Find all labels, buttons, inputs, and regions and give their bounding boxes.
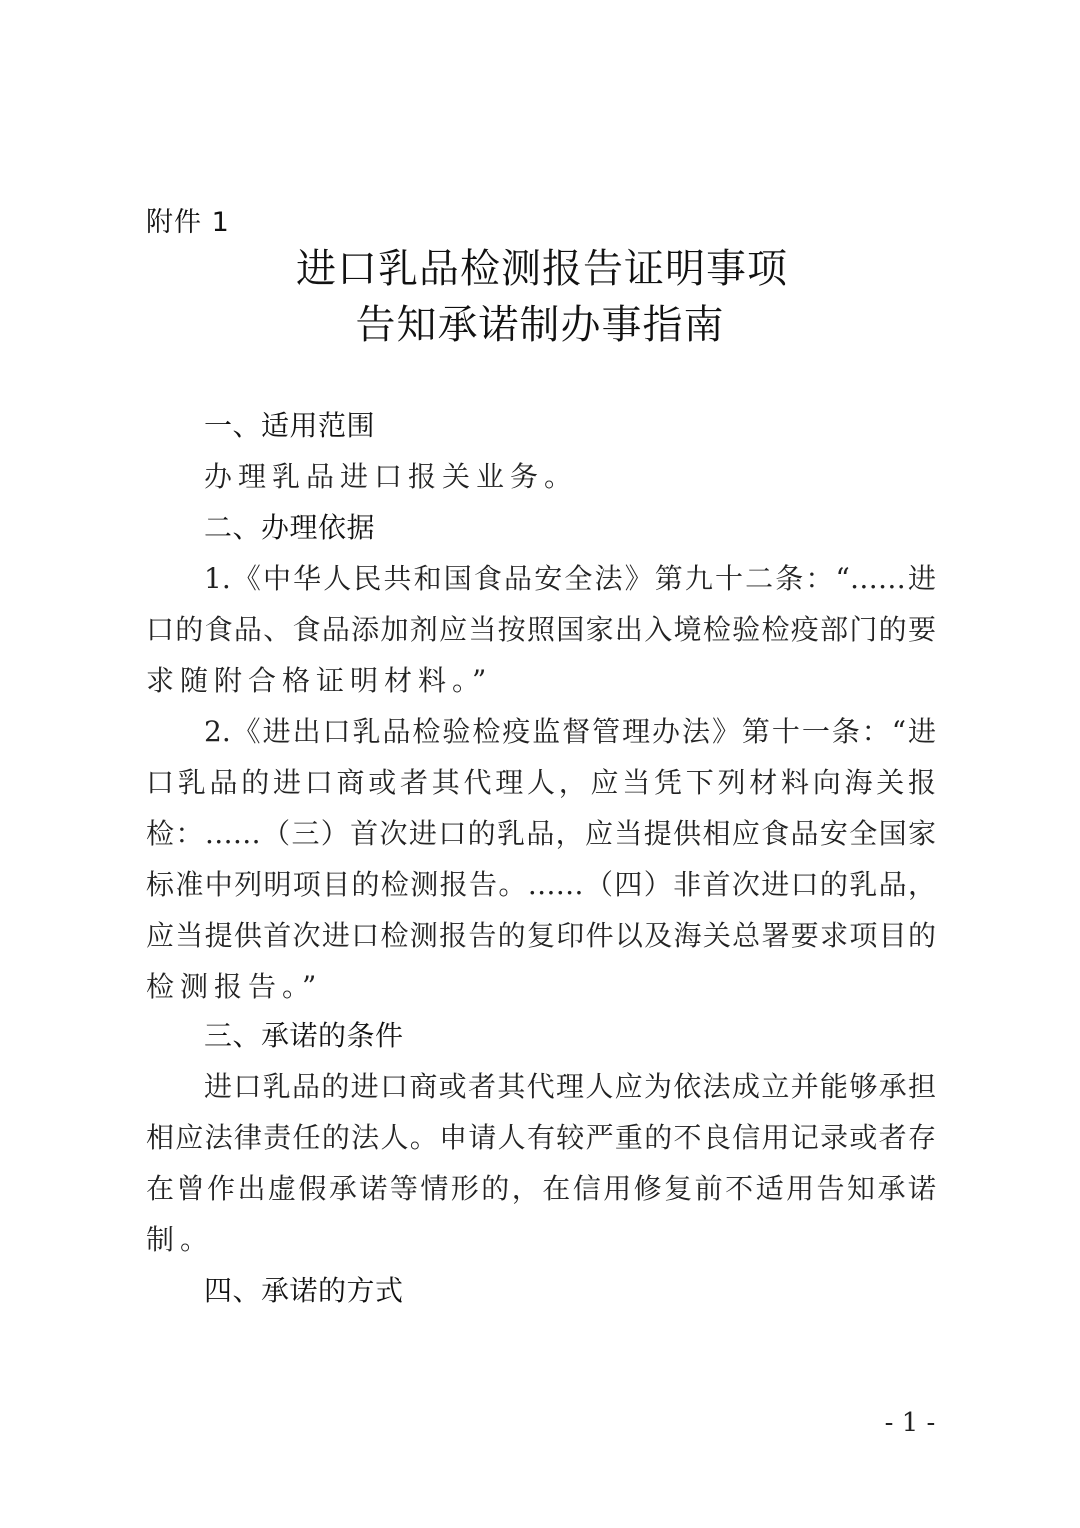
paragraph-line: 检：……（三）首次进口的乳品，应当提供相应食品安全国家 <box>146 814 936 854</box>
section-heading-scope: 一、适用范围 <box>204 406 375 446</box>
paragraph-line: 应当提供首次进口检测报告的复印件以及海关总署要求项目的 <box>146 916 936 956</box>
page-number: - 1 - <box>880 1406 940 1440</box>
document-title-line-2: 告知承诺制办事指南 <box>0 300 1080 350</box>
paragraph-line: 检测报告。” <box>146 967 936 1007</box>
paragraph-line: 1.《中华人民共和国食品安全法》第九十二条：“……进 <box>204 559 936 599</box>
document-title-line-1: 进口乳品检测报告证明事项 <box>2 244 1080 294</box>
paragraph-line: 口乳品的进口商或者其代理人，应当凭下列材料向海关报 <box>146 763 936 803</box>
attachment-label: 附件 1 <box>146 205 230 241</box>
paragraph-line: 进口乳品的进口商或者其代理人应为依法成立并能够承担 <box>204 1067 936 1107</box>
section-heading-conditions: 三、承诺的条件 <box>204 1016 404 1056</box>
section-heading-basis: 二、办理依据 <box>204 508 375 548</box>
section-heading-method: 四、承诺的方式 <box>204 1271 404 1311</box>
paragraph-line: 求随附合格证明材料。” <box>146 661 936 701</box>
paragraph-line: 标准中列明项目的检测报告。……（四）非首次进口的乳品， <box>146 865 936 905</box>
paragraph-line: 制。 <box>146 1220 936 1260</box>
paragraph-line: 相应法律责任的法人。申请人有较严重的不良信用记录或者存 <box>146 1118 936 1158</box>
paragraph-line: 办理乳品进口报关业务。 <box>204 457 936 497</box>
document-page: 附件 1 进口乳品检测报告证明事项 告知承诺制办事指南 一、适用范围 办理乳品进… <box>0 0 1080 1528</box>
paragraph-line: 2.《进出口乳品检验检疫监督管理办法》第十一条：“进 <box>204 712 936 752</box>
paragraph-line: 口的食品、食品添加剂应当按照国家出入境检验检疫部门的要 <box>146 610 936 650</box>
paragraph-line: 在曾作出虚假承诺等情形的，在信用修复前不适用告知承诺 <box>146 1169 936 1209</box>
